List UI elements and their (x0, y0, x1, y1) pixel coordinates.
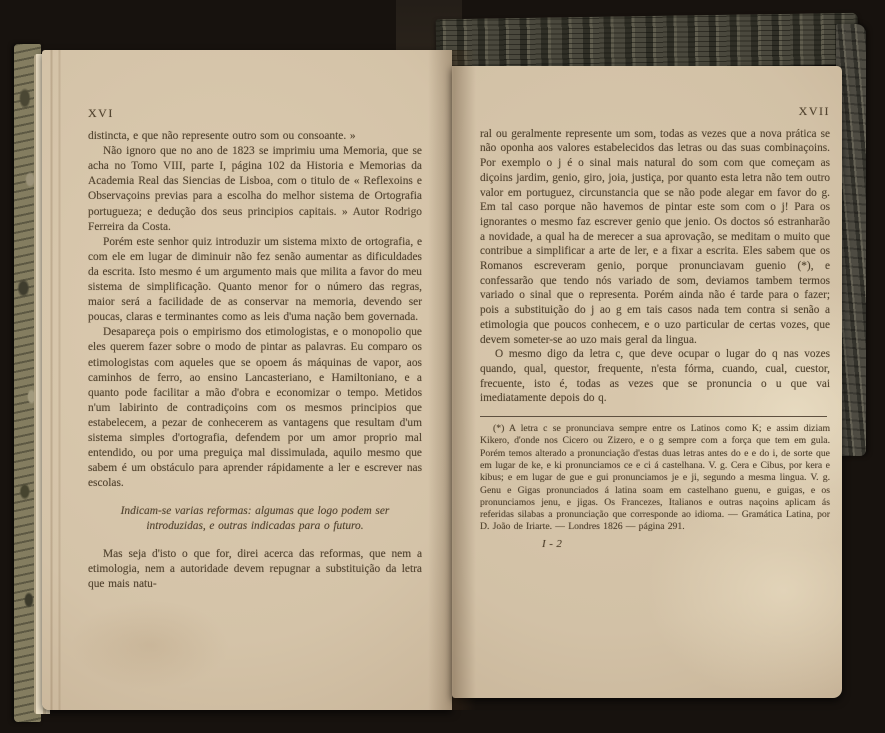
book-photo: XVI distincta, e que não represente outr… (0, 0, 885, 733)
left-page-text-column: XVI distincta, e que não represente outr… (88, 106, 422, 592)
paragraph: distincta, e que não represente outro so… (88, 129, 422, 144)
page-number-left: XVI (88, 106, 422, 121)
signature-mark: I - 2 (542, 537, 830, 552)
footnote: (*) A letra c se pronunciava sempre entr… (480, 423, 830, 534)
paragraph: Não ignoro que no ano de 1823 se imprimi… (88, 144, 422, 235)
paragraph: O mesmo digo da letra c, que deve ocupar… (480, 347, 830, 406)
paragraph: Desapareça pois o empirismo dos etimolog… (88, 325, 422, 491)
footnote-separator-rule (480, 416, 827, 417)
paragraph: ral ou geralmente represente um som, tod… (480, 127, 830, 348)
section-heading: Indicam-se varias reformas: algumas que … (106, 504, 404, 534)
book-gutter-shadow (428, 50, 476, 710)
book-top-edge-marbled (436, 13, 859, 72)
paragraph: Porém este senhor quiz introduzir um sis… (88, 235, 422, 326)
right-page-text-column: XVII ral ou geralmente represente um som… (480, 104, 830, 551)
page-number-right: XVII (480, 104, 830, 119)
paragraph: Mas seja d'isto o que for, direi acerca … (88, 547, 422, 592)
